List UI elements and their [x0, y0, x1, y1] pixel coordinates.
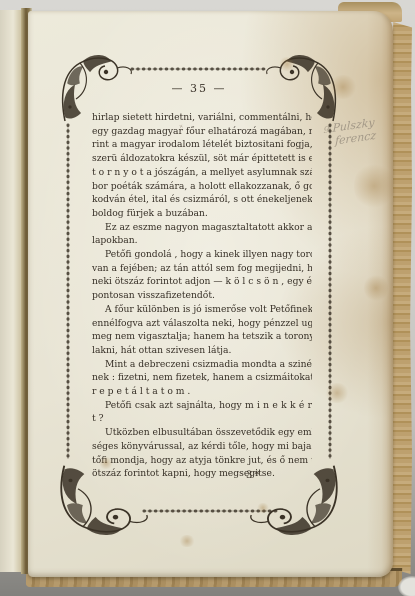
text-line: lapokban. — [92, 234, 312, 248]
book-photo: — 35 — hirlap sietett hirdetni, variálni… — [0, 0, 415, 596]
text-line: egy gazdag magyar főur elhatározá magába… — [92, 125, 312, 139]
text-line: van a fejében; az tán attól sem fog megi… — [92, 262, 312, 276]
paragraph: Mint a debreczeni csizmadia mondta a szi… — [92, 358, 312, 399]
paragraph: Ez az eszme nagyon magasztaltatott akkor… — [92, 221, 312, 248]
book-page: — 35 — hirlap sietett hirdetni, variálni… — [28, 11, 393, 577]
paragraph: Utközben elbusultában összevetődik egy e… — [92, 426, 312, 481]
paragraph: hirlap sietett hirdetni, variálni, comme… — [92, 111, 312, 221]
text-line: hirlap sietett hirdetni, variálni, comme… — [92, 111, 312, 125]
text-line: A főur különben is jó ismerőse volt Pető… — [92, 303, 312, 317]
text-block: hirlap sietett hirdetni, variálni, comme… — [92, 111, 312, 481]
text-line: Utközben elbusultában összevetődik egy e… — [92, 426, 312, 440]
text-line: séges könyvárussal, az kérdi tőle, hogy … — [92, 440, 312, 454]
pencil-note-marker: 9 — [323, 124, 329, 138]
text-line: tőfi mondja, hogy az atyja tönkre jut, é… — [92, 454, 312, 468]
text-line: szerü áldozatokra készül, söt már épitte… — [92, 152, 312, 166]
text-line: Petőfi csak azt sajnálta, hogy m i n e k… — [92, 399, 312, 426]
text-line: pontosan visszafizetendőt. — [92, 289, 312, 303]
paragraph: A főur különben is jó ismerőse volt Pető… — [92, 303, 312, 358]
background-object — [398, 576, 415, 596]
text-line: ennélfogva azt válaszolta neki, hogy pén… — [92, 317, 312, 331]
text-line: nek : fizetni, nem fizetek, hanem a csiz… — [92, 371, 312, 385]
text-line: boldog fürjek a buzában. — [92, 207, 312, 221]
text-line: neki ötszáz forintot adjon — k ö l c s ö… — [92, 275, 312, 289]
text-line: r e p e t á l t a t o m . — [92, 385, 312, 399]
text-line: Petőfi gondolá , hogy a kinek illyen nag… — [92, 248, 312, 262]
text-line: Ez az eszme nagyon magasztaltatott akkor… — [92, 221, 312, 235]
paragraph: Petőfi gondolá , hogy a kinek illyen nag… — [92, 248, 312, 303]
page-number: — 35 — — [68, 82, 330, 95]
text-line: bor poéták számára, a holott ellakozzana… — [92, 180, 312, 194]
paragraph: Petőfi csak azt sajnálta, hogy m i n e k… — [92, 399, 312, 426]
text-line: ötszáz forintot kapni, hogy megsegitse. — [92, 467, 312, 481]
text-line: t o r n y o t a jószágán, a mellyet asyl… — [92, 166, 312, 180]
signature-mark: 3* — [246, 470, 261, 481]
text-line: kodván étel, ital és csizmáról, s ott én… — [92, 193, 312, 207]
text-line: meg nem vigasztalja; hanem ha tetszik a … — [92, 330, 312, 344]
text-line: Mint a debreczeni csizmadia mondta a szi… — [92, 358, 312, 372]
text-line: lakni, hát ottan szivesen látja. — [92, 344, 312, 358]
text-line: rint a magyar irodalom lételét biztosita… — [92, 138, 312, 152]
